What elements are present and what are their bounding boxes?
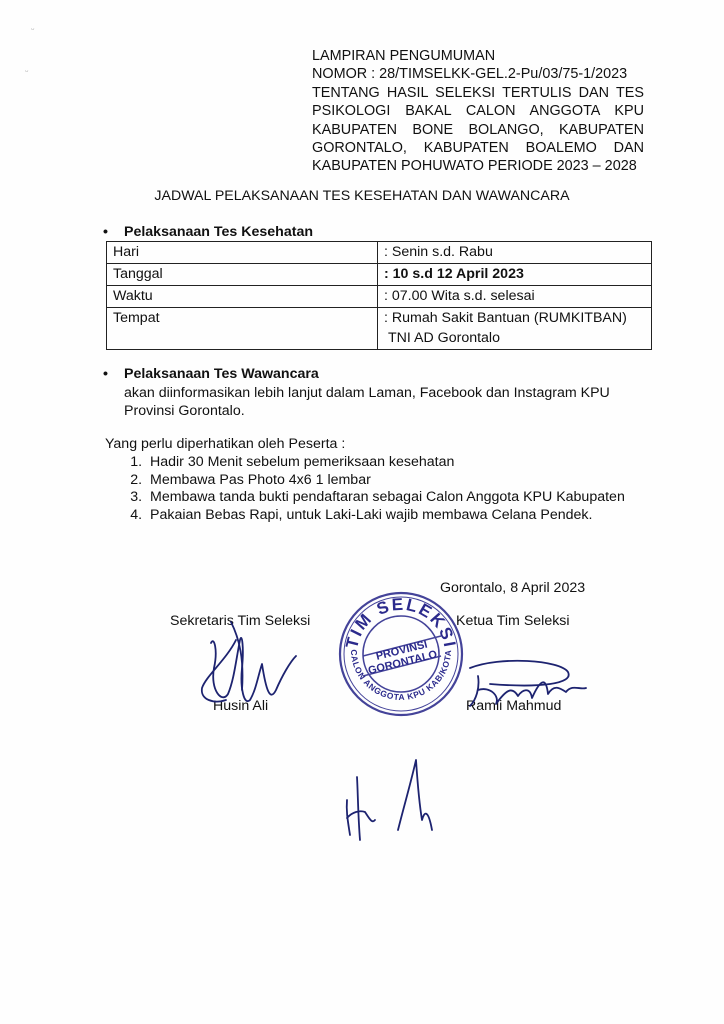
initials-icon — [347, 777, 375, 840]
handwritten-signatures — [0, 0, 724, 1024]
left-signature-icon — [211, 638, 296, 701]
right-signature-icon — [470, 661, 569, 686]
